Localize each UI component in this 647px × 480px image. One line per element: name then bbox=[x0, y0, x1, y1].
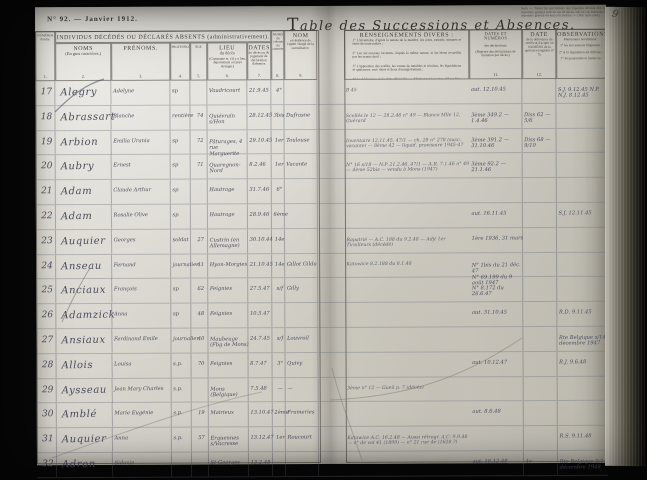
handwritten-entry bbox=[557, 234, 609, 235]
handwritten-entry: 19 bbox=[37, 137, 55, 147]
handwritten-entry: sp bbox=[171, 162, 192, 168]
cell-age: 19 bbox=[192, 403, 209, 427]
handwritten-entry: 31 bbox=[38, 434, 56, 444]
register-page: N° 92. — Janvier 1912. Table des Success… bbox=[35, 5, 608, 465]
handwritten-entry bbox=[470, 334, 524, 335]
cell-date: 8.2.46 bbox=[248, 155, 272, 179]
cell-cert bbox=[523, 277, 557, 301]
cell-age: 71 bbox=[191, 155, 208, 179]
handwritten-entry: Quiévrain s/Hon bbox=[207, 113, 248, 125]
handwritten-entry: 7.5.48 bbox=[249, 385, 274, 391]
handwritten-entry: 3ème 391.2 — 31.10.46 bbox=[470, 137, 524, 150]
handwritten-entry: sp bbox=[171, 212, 192, 218]
cell-rens: Inventaire 12.11.45, 47/1 — ch. 28 n° 27… bbox=[345, 129, 470, 153]
cell-age: 40 bbox=[191, 328, 208, 352]
cell-age: 62 bbox=[191, 279, 208, 303]
handwritten-entry: Abrassart bbox=[58, 111, 110, 123]
handwritten-entry: 3° bbox=[273, 360, 287, 366]
handwritten-entry: s/f bbox=[272, 336, 286, 342]
handwritten-entry: Louisa bbox=[113, 361, 173, 368]
cell-nom: Abrassart bbox=[55, 105, 111, 130]
cell-age bbox=[192, 378, 209, 402]
handwritten-entry: B 45 bbox=[344, 87, 470, 94]
handwritten-entry: Roucourt bbox=[286, 435, 320, 441]
cell-agent bbox=[286, 452, 319, 476]
handwritten-entry: 2ème bbox=[273, 410, 287, 416]
cell-obs: S.J. 12.11.45 bbox=[557, 203, 607, 227]
handwritten-entry: 8.2.46 bbox=[248, 162, 273, 168]
handwritten-entry: 70 bbox=[192, 361, 210, 367]
handwritten-entry: Quivy bbox=[286, 360, 320, 366]
handwritten-entry: sp bbox=[171, 311, 192, 317]
handwritten-entry bbox=[558, 408, 610, 409]
table-row: 23AuquierGeorgessoldat27Custrin (en Alle… bbox=[36, 228, 607, 255]
cell-prenoms: Rosalie Olive bbox=[112, 205, 171, 229]
cell-n: 21 bbox=[37, 180, 56, 204]
cell-decl: 3ème 349.2 — 1.4.46 bbox=[469, 104, 522, 128]
handwritten-entry: Diss 68 — 9/10 bbox=[523, 137, 558, 149]
column-number: 3. bbox=[121, 75, 161, 79]
handwritten-entry: 3ème 92.2 — 21.1.46 bbox=[470, 161, 524, 174]
cell-n: 29 bbox=[38, 379, 57, 403]
handwritten-entry: journalier bbox=[171, 262, 192, 268]
handwritten-entry: soldat bbox=[171, 237, 192, 243]
cell-cert: 4e bbox=[524, 451, 558, 475]
cell-lieu: Vaudricourt bbox=[207, 80, 247, 104]
cell-cert: Diss 68 — 9/10 bbox=[523, 129, 557, 153]
handwritten-entry: R.J. 9.6.48 bbox=[558, 359, 610, 366]
cell-agent bbox=[285, 204, 318, 228]
handwritten-entry: 1er bbox=[273, 435, 287, 441]
handwritten-entry: Anciaux bbox=[59, 285, 111, 297]
cell-nom: Ansiaux bbox=[56, 329, 112, 354]
handwritten-entry: Adam bbox=[59, 186, 111, 198]
handwritten-entry: 3ème 349.2 — 1.4.46 bbox=[469, 112, 523, 125]
cell-agent: Roucourt bbox=[286, 427, 319, 451]
handwritten-entry: 22 bbox=[37, 211, 55, 221]
cell-nom: Adam bbox=[56, 180, 112, 205]
handwritten-entry: Hyon-Morgies bbox=[208, 261, 249, 267]
cell-decl: aut. 10.12.47 bbox=[471, 352, 524, 376]
cell-n: 26 bbox=[37, 304, 56, 328]
handwritten-entry: Maubeuge (Fbg de Mons) bbox=[208, 336, 249, 348]
cell-decl: aut. 31.10.45 bbox=[470, 302, 523, 326]
cell-date: 28.9.46 bbox=[248, 204, 272, 228]
header-note: 3° L'apposition des scellés, les ventes … bbox=[352, 64, 461, 72]
cell-prenoms: Ferdinand Emile bbox=[112, 329, 171, 353]
handwritten-entry: Feignies bbox=[208, 311, 249, 317]
cell-cert bbox=[523, 178, 557, 202]
column-header-profession: PROFESSION. 4. bbox=[170, 43, 190, 81]
handwritten-entry bbox=[557, 284, 609, 285]
cell-lieu: Mons (Belgique) bbox=[209, 378, 249, 402]
table-row: 32AdronSidonieSt-Georges13.2.48aut. 18.1… bbox=[37, 451, 608, 478]
cell-agent bbox=[285, 229, 318, 253]
cell-prenoms: Louisa bbox=[113, 353, 172, 377]
cell-cert bbox=[522, 79, 556, 103]
handwritten-entry: François bbox=[112, 286, 172, 293]
cell-prenoms: Fernand bbox=[112, 254, 171, 278]
handwritten-entry: 29 bbox=[38, 385, 56, 395]
handwritten-entry: S.J. 12.11.45 bbox=[557, 210, 609, 217]
handwritten-entry: Adelyne bbox=[111, 88, 171, 95]
cell-prof: journalier bbox=[171, 254, 191, 278]
cell-prenoms: Anna bbox=[112, 304, 171, 328]
header-note: 1° L'inventaire, d'après la nature de la… bbox=[352, 38, 461, 46]
cell-bur: 14e bbox=[272, 254, 285, 278]
cell-date: 8.7.47 bbox=[249, 353, 273, 377]
cell-prof: soldat bbox=[171, 229, 191, 253]
handwritten-entry: 32 bbox=[38, 459, 56, 469]
column-number: 1. bbox=[39, 75, 52, 79]
handwritten-entry: Vaudricourt bbox=[207, 88, 248, 94]
header-note: (Registre des déclarations de mutation p… bbox=[471, 51, 521, 59]
cell-prof: sp bbox=[171, 130, 191, 154]
cell-rens: Katowice 8.2.188 du 8.1.48 bbox=[345, 253, 470, 277]
cell-bur: 2ème bbox=[273, 403, 286, 427]
handwritten-entry bbox=[346, 358, 472, 359]
cell-n: 18 bbox=[36, 106, 55, 130]
handwritten-entry: 6° bbox=[272, 187, 286, 193]
cell-rens bbox=[345, 203, 470, 227]
handwritten-entry bbox=[345, 309, 471, 310]
handwritten-entry: s/f bbox=[272, 286, 286, 292]
cell-rens: Rapatrié — A.C. 188 du 9.2.48 — Adjt 1er… bbox=[345, 228, 470, 252]
cell-prenoms: Sidonie bbox=[113, 453, 172, 477]
cell-cert bbox=[524, 426, 558, 450]
handwritten-entry: N° 8.172 du 26.6.47 bbox=[470, 285, 524, 298]
cell-date: 31.7.46 bbox=[248, 179, 272, 203]
column-number: 5. bbox=[194, 74, 205, 78]
column-header-numero-sommier: NUMÉRO du volume du sommier. 8. bbox=[271, 30, 284, 80]
cell-prenoms: Blanche bbox=[111, 105, 170, 129]
handwritten-entry: Ansiaux bbox=[59, 335, 111, 347]
cell-prenoms: Georges bbox=[112, 229, 171, 253]
cell-prof: s.p. bbox=[172, 378, 192, 402]
handwritten-entry: Rapatrié — A.C. 188 du 9.2.48 — Adjt 1er… bbox=[345, 236, 471, 248]
table-row: 22AdamRosalie OlivespHautrage28.9.466ème… bbox=[36, 203, 607, 230]
cell-nom: Arbion bbox=[55, 130, 111, 155]
handwritten-entry bbox=[471, 433, 525, 434]
handwritten-entry: — bbox=[286, 385, 320, 391]
table-row: 20AubryErnestsp71Quaregnon-Nord8.2.461er… bbox=[36, 153, 607, 180]
handwritten-entry: 14e bbox=[272, 261, 286, 267]
table-row: 25AnciauxFrançoissp62Feignies27.5.47s/fG… bbox=[36, 277, 607, 304]
cell-n: 20 bbox=[37, 156, 56, 180]
cell-agent bbox=[284, 80, 317, 104]
cell-date: 29.10.45 bbox=[248, 130, 272, 154]
cell-decl bbox=[471, 377, 524, 401]
cell-decl: N° 1bis du 21 déc. 47 N° 69.199 du 9 aoû… bbox=[470, 253, 523, 277]
handwritten-entry: 1ère 1936, 31 mars bbox=[470, 235, 524, 242]
handwritten-entry: Alegry bbox=[58, 87, 110, 99]
cell-prof bbox=[172, 453, 192, 477]
cell-date: 27.5.47 bbox=[248, 279, 272, 303]
cell-nom: Aysseau bbox=[56, 378, 112, 403]
handwritten-entry bbox=[557, 185, 609, 186]
handwritten-entry: s.p. bbox=[172, 410, 193, 416]
cell-age bbox=[191, 204, 208, 228]
cell-prof: sp bbox=[171, 155, 191, 179]
cell-agent: Gillot Gilda bbox=[285, 254, 318, 278]
cell-obs bbox=[558, 401, 608, 425]
column-header-date-certificat: DATE de la délivrance du certificat d'ac… bbox=[522, 29, 556, 79]
cell-lieu: Feignies bbox=[208, 303, 248, 327]
header-sub: des déclarations bbox=[471, 44, 521, 48]
cell-cert bbox=[523, 203, 557, 227]
handwritten-entry: aut. 10.12.47 bbox=[471, 359, 525, 366]
cell-date: 7.5.48 bbox=[249, 378, 273, 402]
handwritten-entry: Vacante bbox=[285, 162, 319, 168]
cell-date: 24.7.45 bbox=[248, 328, 272, 352]
cell-prof: rentière bbox=[170, 105, 190, 129]
header-note: et résidence de l'agent chargé de la sur… bbox=[285, 39, 316, 50]
handwritten-entry: Inventaire 12.11.45, 47/1 — ch. 28 n° 27… bbox=[345, 137, 471, 149]
cell-decl: 3ème 391.2 — 31.10.46 bbox=[470, 129, 523, 153]
handwritten-entry: S.J. 9.12.45 N.P. N.J. 8.12.45 bbox=[556, 87, 608, 100]
handwritten-entry bbox=[346, 458, 472, 459]
column-header-dates: DATES du décès ou du jugement de déclara… bbox=[247, 42, 271, 80]
cell-obs bbox=[557, 228, 607, 252]
handwritten-entry: Anna bbox=[112, 311, 172, 318]
handwritten-entry: Fernand bbox=[112, 261, 172, 268]
cell-age: 27 bbox=[191, 229, 208, 253]
handwritten-entry: 17 bbox=[36, 87, 54, 97]
table-row: 28AlloisLouisas.p.70Feignies8.7.473°Quiv… bbox=[37, 352, 608, 379]
table-row: 30AmbléMarie Eugénies.p.19Mairieux13.10.… bbox=[37, 401, 608, 428]
handwritten-entry: 74 bbox=[190, 113, 208, 119]
handwritten-entry: Aysseau bbox=[60, 384, 112, 396]
cell-cert bbox=[523, 327, 557, 351]
handwritten-entry: 4e bbox=[524, 458, 559, 464]
table-row: 24AnseauFernandjournalier41Hyon-Morgies2… bbox=[36, 252, 607, 279]
handwritten-entry: Diss 62 — 5/6 bbox=[522, 112, 557, 124]
cell-agent: Louvroil bbox=[285, 328, 318, 352]
cell-lieu: Hautrage bbox=[208, 204, 248, 228]
handwritten-entry: 6ème bbox=[272, 212, 286, 218]
handwritten-entry: Gillot Gilda bbox=[285, 261, 319, 267]
handwritten-entry: — bbox=[273, 385, 287, 391]
cell-rens bbox=[345, 303, 470, 327]
cell-nom: Adamzick bbox=[56, 304, 112, 329]
handwritten-entry: aut. 18.12.48 bbox=[471, 458, 525, 465]
handwritten-entry: Allois bbox=[59, 359, 111, 371]
cell-rens: 3ème n° 12 — Gueil p. 7 (décès) bbox=[346, 377, 471, 401]
column-header-age: ÂGE. 5. bbox=[190, 42, 207, 80]
cell-n: 19 bbox=[37, 131, 56, 155]
handwritten-entry: 72 bbox=[191, 138, 209, 144]
handwritten-entry: Ernest bbox=[112, 162, 172, 169]
header-note: 1° les successions litigieuses ; bbox=[558, 44, 605, 48]
table-row: 17AlegryAdelynespVaudricourt21.9.454°B 4… bbox=[35, 79, 606, 106]
handwritten-entry: Rosalie Olive bbox=[112, 212, 172, 219]
book-fore-edge bbox=[605, 7, 647, 466]
handwritten-entry bbox=[345, 185, 471, 186]
handwritten-entry: Aubry bbox=[59, 161, 111, 173]
handwritten-entry: 21.10.45 bbox=[248, 261, 273, 267]
cell-lieu: Pâturages, 4 rue Marguerite bbox=[208, 130, 248, 154]
cell-prenoms: Ernest bbox=[112, 155, 171, 179]
header-note: du décès ou du jugement de déclaration d… bbox=[248, 51, 270, 66]
cell-obs bbox=[557, 252, 607, 276]
table-row: 31AuquierAnnas.p.57Erquennes s/Vacresse1… bbox=[37, 426, 608, 453]
cell-cert bbox=[523, 302, 557, 326]
cell-n: 32 bbox=[38, 453, 57, 477]
handwritten-entry: Georges bbox=[112, 237, 172, 244]
cell-decl: N° 8.172 du 26.6.47 bbox=[470, 277, 523, 301]
cell-date: 13.12.47 bbox=[249, 427, 273, 451]
handwritten-entry: Auquier bbox=[59, 235, 111, 247]
handwritten-entry: 28.9.46 bbox=[248, 212, 273, 218]
cell-n: 28 bbox=[38, 354, 57, 378]
column-header-renseignements: RENSEIGNEMENTS DIVERS : 1° L'inventaire,… bbox=[344, 29, 469, 80]
handwritten-entry: 26 bbox=[37, 310, 55, 320]
column-number: 7. bbox=[252, 74, 267, 78]
handwritten-entry: 3bis bbox=[271, 112, 285, 118]
cell-agent: Dufrasne bbox=[284, 105, 317, 129]
handwritten-entry: 71 bbox=[191, 162, 209, 168]
handwritten-entry: Gilly bbox=[285, 286, 319, 292]
cell-bur: — bbox=[273, 378, 286, 402]
handwritten-entry: Auquier bbox=[60, 434, 112, 446]
cell-prenoms: Claude Arthur bbox=[112, 180, 171, 204]
cell-rens: B 45 bbox=[344, 79, 469, 103]
handwritten-entry: Quaregnon-Nord bbox=[208, 163, 249, 175]
handwritten-entry: Scellés le 12 — 28.2.46 n° 49 — Blanco M… bbox=[344, 112, 470, 124]
cell-nom: Allois bbox=[56, 353, 112, 378]
handwritten-entry: Katowice 8.2.188 du 8.1.48 bbox=[345, 260, 471, 267]
header-note: du volume du sommier. bbox=[272, 37, 284, 51]
cell-bur bbox=[273, 452, 286, 476]
cell-nom: Anciaux bbox=[56, 279, 112, 304]
handwritten-entry: Custrin (en Allemagne) bbox=[208, 237, 249, 249]
handwritten-entry bbox=[471, 383, 525, 384]
cell-rens: Scellés le 12 — 28.2.46 n° 49 — Blanco M… bbox=[344, 104, 469, 128]
handwritten-entry: 25 bbox=[37, 286, 55, 296]
cell-lieu: Custrin (en Allemagne) bbox=[208, 229, 248, 253]
handwritten-entry: 13.10.47 bbox=[249, 410, 274, 416]
cell-decl bbox=[470, 178, 523, 202]
cell-date: 28.12.45 bbox=[247, 105, 271, 129]
cell-agent: — bbox=[286, 378, 319, 402]
handwritten-entry: Amblé bbox=[60, 409, 112, 421]
cell-lieu: St-Georges bbox=[209, 452, 249, 476]
handwritten-entry: Adron bbox=[60, 459, 112, 471]
handwritten-entry: 41 bbox=[191, 262, 209, 268]
table-rows: 17AlegryAdelynespVaudricourt21.9.454°B 4… bbox=[35, 79, 608, 478]
handwritten-entry: Emilia Urania bbox=[112, 137, 172, 144]
handwritten-entry: 1er bbox=[272, 137, 286, 143]
cell-decl: aut. 12.10.45 bbox=[469, 79, 522, 103]
handwritten-entry: Adam bbox=[59, 211, 111, 223]
cell-obs: R.D. 9.11.45 bbox=[557, 302, 607, 326]
cell-n: 24 bbox=[37, 255, 56, 279]
column-number: 6. bbox=[214, 74, 241, 78]
cell-obs bbox=[557, 178, 607, 202]
cell-nom: Anseau bbox=[56, 254, 112, 279]
cell-cert bbox=[523, 153, 557, 177]
cell-decl: 1ère 1936, 31 mars bbox=[470, 228, 523, 252]
cell-obs bbox=[556, 104, 606, 128]
handwritten-entry: 24.7.45 bbox=[248, 336, 273, 342]
cell-n: 31 bbox=[38, 428, 57, 452]
cell-rens bbox=[345, 278, 470, 302]
cell-rens bbox=[346, 451, 471, 475]
column-header-noms: NOMS (En gros caractères.) 2. bbox=[55, 43, 111, 81]
handwritten-entry: Sidonie bbox=[113, 460, 173, 467]
cell-decl: 3ème 92.2 — 21.1.46 bbox=[470, 154, 523, 178]
handwritten-entry: Ferdinand Emile bbox=[112, 336, 172, 343]
cell-bur: 1er bbox=[273, 427, 286, 451]
column-header-prenoms: PRÉNOMS. 3. bbox=[111, 43, 170, 81]
handwritten-entry: Dufrasne bbox=[284, 112, 318, 118]
cell-bur: s/f bbox=[272, 279, 285, 303]
handwritten-entry: 27.5.47 bbox=[248, 286, 273, 292]
header-sub: (En gros caractères.) bbox=[64, 52, 103, 56]
cell-age bbox=[190, 80, 207, 104]
cell-lieu: Feignies bbox=[209, 353, 249, 377]
handwritten-entry: Arbion bbox=[58, 136, 110, 148]
cell-bur: 4° bbox=[271, 80, 284, 104]
cell-bur: 1er bbox=[272, 155, 285, 179]
cell-nom: Adam bbox=[56, 205, 112, 230]
handwritten-entry: journalier bbox=[171, 336, 192, 342]
handwritten-entry: aut. 12.10.45 bbox=[469, 86, 523, 93]
header-title: ÂGE. bbox=[191, 46, 206, 50]
cell-prenoms: Emilia Urania bbox=[112, 130, 171, 154]
cell-prof: s.p. bbox=[172, 428, 192, 452]
cell-cert bbox=[523, 253, 557, 277]
header-note: 3° les poursuites et instances. bbox=[558, 57, 605, 61]
header-title: PROFESSION. bbox=[171, 46, 189, 50]
handwritten-entry bbox=[345, 284, 471, 285]
handwritten-entry: Feignies bbox=[208, 286, 249, 292]
cell-prof: sp bbox=[171, 304, 191, 328]
handwritten-entry: 3ème n° 12 — Gueil p. 7 (décès) bbox=[346, 384, 472, 391]
cell-lieu: Quiévrain s/Hon bbox=[207, 105, 247, 129]
header-note: 2° si la liquidation est différée ; bbox=[558, 51, 605, 55]
column-header-nom-agent: NOM et résidence de l'agent chargé de la… bbox=[284, 30, 317, 80]
handwritten-entry: aut. 16.11.45 bbox=[470, 210, 524, 217]
header-note: (Commune et, s'il y a lieu, département … bbox=[208, 57, 246, 68]
cell-lieu: Hyon-Morgies bbox=[208, 254, 248, 278]
cell-nom: Adron bbox=[57, 453, 113, 478]
column-number: 12. bbox=[528, 73, 550, 77]
column-header-lieu: LIEU du décès (Commune et, s'il y a lieu… bbox=[207, 42, 247, 80]
cell-prenoms: Marie Eugénie bbox=[113, 403, 172, 427]
scan-background: N° 92. — Janvier 1912. Table des Success… bbox=[0, 0, 647, 480]
cell-n: 25 bbox=[37, 280, 56, 304]
handwritten-entry: 30.10.44 bbox=[248, 236, 273, 242]
cell-decl bbox=[471, 426, 524, 450]
cell-obs: R.S. 9.11.48 bbox=[558, 426, 608, 450]
handwritten-entry: 20 bbox=[37, 162, 55, 172]
cell-prenoms: Adelyne bbox=[111, 81, 170, 105]
cell-age: 72 bbox=[191, 130, 208, 154]
cell-age: 74 bbox=[190, 105, 207, 129]
handwritten-entry bbox=[558, 383, 610, 384]
handwritten-entry: Anseau bbox=[59, 260, 111, 272]
cell-cert bbox=[524, 377, 558, 401]
column-header-numeros: NUMÉROS d'ordre. 1. bbox=[35, 31, 55, 81]
cell-bur: 6ème bbox=[272, 204, 285, 228]
handwritten-entry: 28 bbox=[38, 360, 56, 370]
handwritten-entry: Anna bbox=[113, 435, 173, 442]
cell-obs bbox=[557, 153, 607, 177]
cell-rens bbox=[346, 402, 471, 426]
cell-decl bbox=[470, 327, 523, 351]
cell-rens: Katowice A.C. 16.2.48 — Aussi rétrogr. A… bbox=[346, 427, 471, 451]
